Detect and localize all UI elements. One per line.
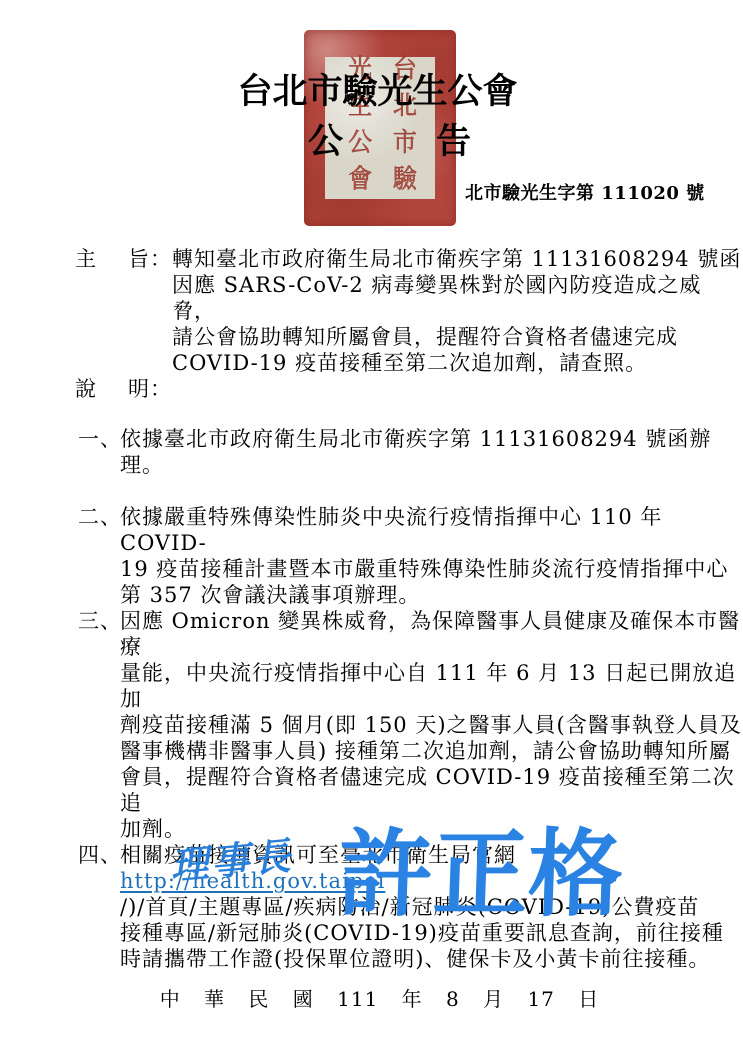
date-line: 中 華 民 國 111 年 8 月 17 日	[8, 983, 743, 1012]
item-content: 依據嚴重特殊傳染性肺炎中央流行疫情指揮中心 110 年 COVID- 19 疫苗…	[120, 504, 743, 608]
item-number: 二、	[78, 504, 120, 608]
announcement-char: 告	[436, 114, 471, 164]
announcement-char: 公	[308, 114, 343, 164]
item-number: 四、	[78, 842, 120, 972]
item-content: 因應 Omicron 變異株威脅，為保障醫事人員健康及確保本市醫療 量能，中央流…	[120, 608, 743, 842]
subject-label-second: 旨：	[128, 246, 172, 376]
item-line: 依據嚴重特殊傳染性肺炎中央流行疫情指揮中心 110 年 COVID-	[120, 504, 743, 556]
item-content: 依據臺北市政府衛生局北市衛疾字第 11131608294 號函辦理。	[120, 426, 743, 478]
item-line: 依據臺北市政府衛生局北市衛疾字第 11131608294 號函辦理。	[120, 426, 743, 478]
item-line: 第 357 次會議決議事項辦理。	[120, 582, 743, 608]
list-item-2: 二、 依據嚴重特殊傳染性肺炎中央流行疫情指揮中心 110 年 COVID- 19…	[0, 504, 743, 608]
subject-section: 主 旨： 轉知臺北市政府衛生局北市衛疾字第 11131608294 號函 因應 …	[0, 246, 743, 376]
item-number: 三、	[78, 608, 120, 842]
announcement-label: 公 告	[308, 114, 471, 164]
announcement-page: 台北市驗 光生公會 台北市驗光生公會 公 告 北市驗光生字第 111020 號 …	[0, 0, 743, 1056]
page-title: 台北市驗光生公會	[6, 64, 743, 114]
subject-line: 轉知臺北市政府衛生局北市衛疾字第 11131608294 號函	[172, 246, 743, 272]
explanation-label-second: 明：	[128, 376, 172, 402]
list-item-1: 一、 依據臺北市政府衛生局北市衛疾字第 11131608294 號函辦理。	[0, 426, 743, 478]
item-line: 醫事機構非醫事人員) 接種第二次追加劑，請公會協助轉知所屬	[120, 738, 743, 764]
explanation-section: 說 明：	[0, 376, 743, 402]
item-line: 劑疫苗接種滿 5 個月(即 150 天)之醫事人員(含醫事執登人員及	[120, 712, 743, 738]
list-item-3: 三、 因應 Omicron 變異株威脅，為保障醫事人員健康及確保本市醫療 量能，…	[0, 608, 743, 842]
item-line: 時請攜帶工作證(投保單位證明)、健保卡及小黃卡前往接種。	[120, 946, 743, 972]
explanation-label-first: 說	[75, 376, 97, 402]
subject-content: 轉知臺北市政府衛生局北市衛疾字第 11131608294 號函 因應 SARS-…	[172, 246, 743, 376]
item-line: 量能，中央流行疫情指揮中心自 111 年 6 月 13 日起已開放追加	[120, 660, 743, 712]
subject-label-first: 主	[75, 246, 97, 376]
subject-line: COVID-19 疫苗接種至第二次追加劑，請查照。	[172, 350, 743, 376]
subject-line: 因應 SARS-CoV-2 病毒變異株對於國內防疫造成之威脅，	[172, 272, 743, 324]
item-number: 一、	[78, 426, 120, 478]
subject-line: 請公會協助轉知所屬會員，提醒符合資格者儘速完成	[172, 324, 743, 350]
chairman-signature: 許正格	[336, 818, 625, 932]
chairman-title: 理事長	[168, 825, 295, 891]
item-line: 19 疫苗接種計畫暨本市嚴重特殊傳染性肺炎流行疫情指揮中心	[120, 556, 743, 582]
item-line: 因應 Omicron 變異株威脅，為保障醫事人員健康及確保本市醫療	[120, 608, 743, 660]
subject-label: 主 旨：	[75, 246, 172, 376]
reference-number: 北市驗光生字第 111020 號	[465, 179, 705, 205]
item-line: 會員，提醒符合資格者儘速完成 COVID-19 疫苗接種至第二次追	[120, 764, 743, 816]
explanation-label: 說 明：	[75, 376, 172, 402]
